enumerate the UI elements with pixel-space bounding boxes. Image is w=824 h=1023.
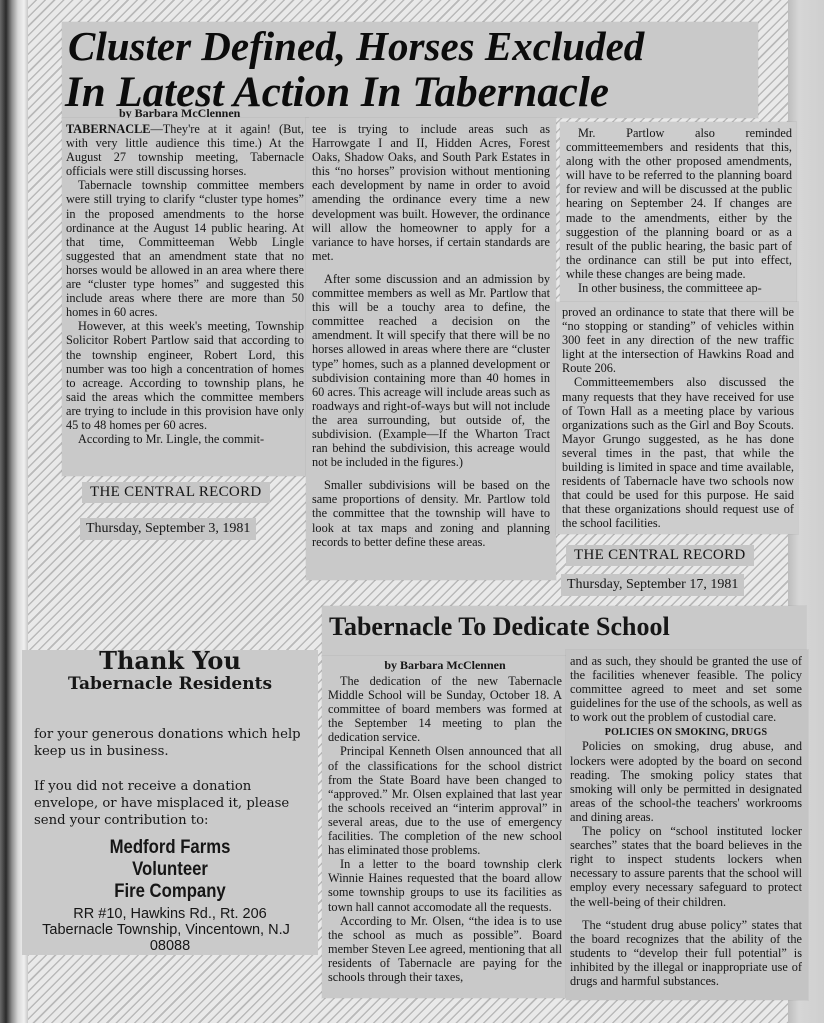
paragraph: TABERNACLE—They're at it again! (But, wi… bbox=[66, 122, 304, 178]
paragraph: However, at this week's meeting, Townshi… bbox=[66, 319, 304, 432]
section-subhead: POLICIES ON SMOKING, DRUGS bbox=[570, 727, 802, 738]
clipping2-date: Thursday, September 17, 1981 bbox=[561, 574, 744, 596]
ad-org-line3: Fire Company bbox=[40, 881, 300, 903]
ad-org-line2: Volunteer bbox=[40, 859, 300, 881]
clipping1-date: Thursday, September 3, 1981 bbox=[80, 518, 256, 540]
ad-subtitle: Tabernacle Residents bbox=[22, 672, 318, 696]
paragraph: Committeemembers also discussed the many… bbox=[562, 375, 794, 530]
paragraph: According to Mr. Olsen, “the idea is to … bbox=[328, 914, 562, 984]
clipping2-column-2: and as such, they should be granted the … bbox=[566, 650, 808, 1000]
clipping2-byline: by Barbara McClennen bbox=[328, 658, 562, 673]
paragraph: tee is trying to include areas such as H… bbox=[312, 122, 550, 263]
thank-you-advertisement: Thank You Tabernacle Residents for your … bbox=[22, 650, 318, 955]
ad-para1: for your generous donations which help k… bbox=[22, 726, 318, 760]
paragraph: Smaller subdivisions will be based on th… bbox=[312, 478, 550, 548]
clipping1-column-3-bottom: proved an ordinance to state that there … bbox=[556, 302, 798, 534]
dateline-lead: TABERNACLE bbox=[66, 122, 151, 136]
paragraph: Tabernacle township committee members we… bbox=[66, 178, 304, 319]
clipping1-column-1: TABERNACLE—They're at it again! (But, wi… bbox=[62, 118, 308, 476]
clipping2-headline-block: Tabernacle To Dedicate School bbox=[322, 606, 806, 656]
clipping1-headline-line1: Cluster Defined, Horses Excluded bbox=[68, 26, 644, 67]
clipping2-column-1: by Barbara McClennen The dedication of t… bbox=[322, 656, 568, 998]
paragraph: In other business, the committeee ap- bbox=[566, 281, 792, 295]
paragraph: The policy on “school instituted locker … bbox=[570, 824, 802, 909]
clipping1-masthead: THE CENTRAL RECORD bbox=[82, 482, 270, 503]
clipping1-headline-block: Cluster Defined, Horses Excluded In Late… bbox=[62, 22, 758, 118]
paragraph: In a letter to the board township clerk … bbox=[328, 857, 562, 913]
paragraph: Policies on smoking, drug abuse, and loc… bbox=[570, 739, 802, 824]
ad-address-line2: Tabernacle Township, Vincentown, N.J bbox=[14, 922, 318, 938]
paragraph: Principal Kenneth Olsen announced that a… bbox=[328, 744, 562, 857]
paragraph: proved an ordinance to state that there … bbox=[562, 305, 794, 375]
ad-address-line3: 08088 bbox=[22, 938, 318, 954]
clipping1-column-2: tee is trying to include areas such as H… bbox=[306, 118, 556, 580]
paragraph: After some discussion and an admission b… bbox=[312, 272, 550, 469]
paragraph: and as such, they should be granted the … bbox=[570, 654, 802, 724]
paragraph: The “student drug abuse policy” states t… bbox=[570, 918, 802, 988]
clipping2-headline: Tabernacle To Dedicate School bbox=[329, 612, 670, 642]
paragraph: Mr. Partlow also reminded committeemembe… bbox=[566, 126, 792, 281]
ad-org-line1: Medford Farms bbox=[40, 837, 300, 859]
clipping2-masthead: THE CENTRAL RECORD bbox=[566, 545, 754, 566]
clipping1-column-3-top: Mr. Partlow also reminded committeemembe… bbox=[560, 122, 796, 302]
paragraph: The dedication of the new Tabernacle Mid… bbox=[328, 674, 562, 744]
ad-para2: If you did not receive a donation envelo… bbox=[22, 778, 318, 829]
ad-title: Thank You bbox=[22, 650, 318, 672]
ad-address-line1: RR #10, Hawkins Rd., Rt. 206 bbox=[22, 906, 318, 922]
paragraph: According to Mr. Lingle, the commit- bbox=[66, 432, 304, 446]
